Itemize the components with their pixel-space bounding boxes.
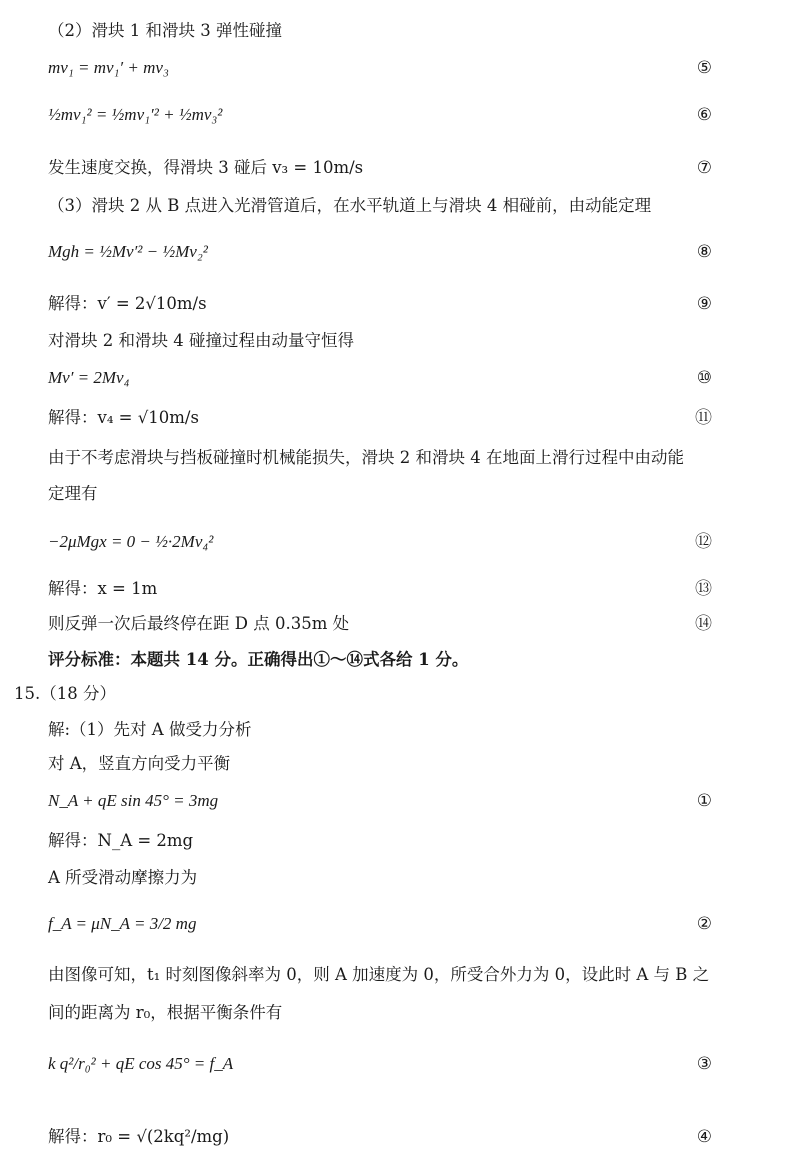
equation-number: ⑭ (695, 612, 712, 636)
equation-6: ½mv₁² = ½mv₁′² + ½mv₃² ⑥ (48, 103, 760, 127)
equation-number: ⑥ (697, 103, 712, 127)
equation-10: Mv′ = 2Mv₄ ⑩ (48, 366, 760, 390)
graph-slope-text: 由图像可知，t₁ 时刻图像斜率为 0，则 A 加速度为 0，所受合外力为 0，设… (48, 963, 760, 987)
friction-force-text: A 所受滑动摩擦力为 (48, 866, 760, 890)
question-15-heading: 15.（18 分） (14, 682, 760, 706)
solution-9: 解得：v′ = 2√10m/s ⑨ (48, 292, 760, 316)
equation-number: ⑪ (695, 406, 712, 430)
graph-slope-text-cont: 间的距离为 r₀，根据平衡条件有 (48, 1001, 760, 1025)
paragraph-energy-loss: 由于不考虑滑块与挡板碰撞时机械能损失，滑块 2 和滑块 4 在地面上滑行过程中由… (48, 446, 760, 470)
q15-part1-heading: 解:（1）先对 A 做受力分析 (48, 718, 760, 742)
scoring-standard: 评分标准：本题共 14 分。正确得出①～⑭式各给 1 分。 (48, 648, 760, 672)
normal-force-solution: 解得：N_A = 2mg (48, 829, 760, 853)
q15-equation-1: N_A + qE sin 45° = 3mg ① (48, 789, 760, 813)
equation-number: ⑦ (697, 156, 712, 180)
equation-number: ② (697, 912, 712, 936)
equation-number: ⑧ (697, 240, 712, 264)
equation-number: ⑨ (697, 292, 712, 316)
equation-number: ③ (697, 1052, 712, 1076)
subquestion-3-heading: （3）滑块 2 从 B 点进入光滑管道后，在水平轨道上与滑块 4 相碰前，由动能… (48, 194, 760, 218)
subquestion-2-heading: （2）滑块 1 和滑块 3 弹性碰撞 (48, 19, 760, 43)
momentum-conservation-text: 对滑块 2 和滑块 4 碰撞过程由动量守恒得 (48, 329, 760, 353)
equation-5: mv₁ = mv₁′ + mv₃ ⑤ (48, 56, 760, 80)
velocity-exchange-text: 发生速度交换，得滑块 3 碰后 v₃ = 10m/s ⑦ (48, 156, 760, 180)
equation-number: ⑩ (697, 366, 712, 390)
equation-8: Mgh = ½Mv′² − ½Mv₂² ⑧ (48, 240, 760, 264)
q15-equation-2: f_A = μN_A = 3/2 mg ② (48, 912, 760, 936)
equation-number: ④ (697, 1125, 712, 1149)
equation-12: −2μMgx = 0 − ½·2Mv₄² ⑫ (48, 530, 760, 554)
q15-equation-3: k q²/r₀² + qE cos 45° = f_A ③ (48, 1052, 760, 1076)
vertical-balance-text: 对 A，竖直方向受力平衡 (48, 752, 760, 776)
conclusion-14: 则反弹一次后最终停在距 D 点 0.35m 处 ⑭ (48, 612, 760, 636)
equation-number: ⑫ (695, 530, 712, 554)
equation-number: ⑤ (697, 56, 712, 80)
equation-number: ① (697, 789, 712, 813)
q15-equation-4: 解得：r₀ = √(2kq²/mg) ④ (48, 1125, 760, 1149)
paragraph-energy-loss-cont: 定理有 (48, 482, 760, 506)
solution-13: 解得：x = 1m ⑬ (48, 577, 760, 601)
equation-number: ⑬ (695, 577, 712, 601)
solution-11: 解得：v₄ = √10m/s ⑪ (48, 406, 760, 430)
